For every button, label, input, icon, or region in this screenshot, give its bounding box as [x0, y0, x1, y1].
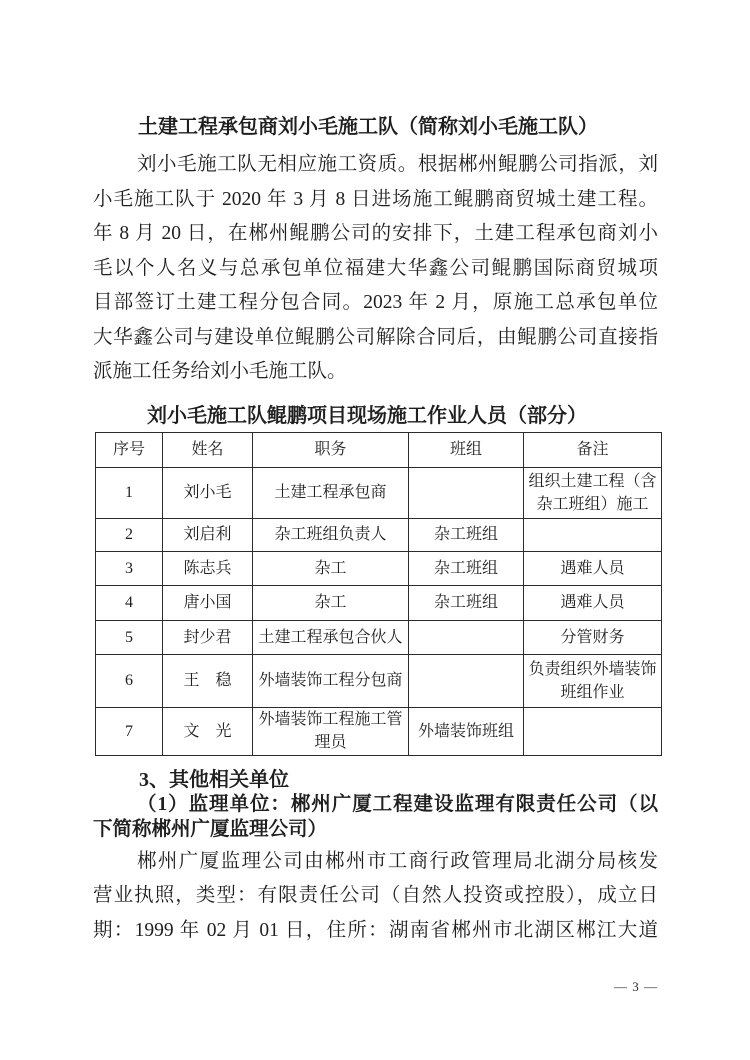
- document-content: 土建工程承包商刘小毛施工队（简称刘小毛施工队） 刘小毛施工队无相应施工资质。根据…: [93, 0, 658, 948]
- table-cell: 2: [96, 518, 163, 551]
- heading-line: 下简称郴州广厦监理公司）: [93, 817, 658, 842]
- paragraph-line: 毛以个人名义与总承包单位福建大华鑫公司鲲鹏国际商贸城项: [93, 252, 658, 287]
- table-cell: 外墙装饰工程分包商: [253, 654, 409, 707]
- table-cell: 杂工班组: [409, 518, 524, 551]
- table-cell: 刘启利: [163, 518, 253, 551]
- table-title: 刘小毛施工队鲲鹏项目现场施工作业人员（部分）: [147, 403, 658, 429]
- table-cell: 杂工: [253, 551, 409, 585]
- footer-page-number: — 3 —: [614, 980, 658, 994]
- table-cell: 遇难人员: [524, 585, 662, 620]
- heading-line: （1）监理单位：郴州广厦工程建设监理有限责任公司（以: [93, 792, 658, 817]
- subsection-heading: 3、其他相关单位: [93, 770, 658, 790]
- paragraph-line: 派施工任务给刘小毛施工队。: [93, 355, 658, 390]
- table-cell: 负责组织外墙装饰班组作业: [524, 654, 662, 707]
- paragraph-1: 刘小毛施工队无相应施工资质。根据郴州鲲鹏公司指派，刘 小毛施工队于 2020 年…: [93, 148, 658, 390]
- paragraph-line: 大华鑫公司与建设单位鲲鹏公司解除合同后，由鲲鹏公司直接指: [93, 321, 658, 356]
- table-cell: 封少君: [163, 620, 253, 654]
- table-cell: 刘小毛: [163, 467, 253, 518]
- table-cell: 组织土建工程（含杂工班组）施工: [524, 467, 662, 518]
- paragraph-line: 郴州广厦监理公司由郴州市工商行政管理局北湖分局核发: [93, 845, 658, 880]
- table-cell: [524, 707, 662, 755]
- paragraph-line: 营业执照，类型：有限责任公司（自然人投资或控股），成立日: [93, 879, 658, 914]
- supervisor-heading: （1）监理单位：郴州广厦工程建设监理有限责任公司（以 下简称郴州广厦监理公司）: [93, 792, 658, 842]
- table-cell: 王 稳: [163, 654, 253, 707]
- table-cell: [409, 654, 524, 707]
- table-cell: 唐小国: [163, 585, 253, 620]
- paragraph-line: 刘小毛施工队无相应施工资质。根据郴州鲲鹏公司指派，刘: [93, 148, 658, 183]
- table-row: 7 文 光 外墙装饰工程施工管理员 外墙装饰班组: [96, 707, 662, 755]
- table-row: 3 陈志兵 杂工 杂工班组 遇难人员: [96, 551, 662, 585]
- section-heading: 土建工程承包商刘小毛施工队（简称刘小毛施工队）: [93, 117, 658, 138]
- table-cell: 杂工班组: [409, 551, 524, 585]
- table-cell: [409, 467, 524, 518]
- personnel-table: 序号 姓名 职务 班组 备注 1 刘小毛 土建工程承包商 组织土建工程（含杂工班…: [95, 432, 662, 756]
- table-header-cell: 序号: [96, 432, 163, 467]
- table-cell: 1: [96, 467, 163, 518]
- table-cell: 陈志兵: [163, 551, 253, 585]
- table-cell: 杂工班组: [409, 585, 524, 620]
- table-cell: 杂工班组负责人: [253, 518, 409, 551]
- document-page: 土建工程承包商刘小毛施工队（简称刘小毛施工队） 刘小毛施工队无相应施工资质。根据…: [0, 0, 750, 1060]
- table-header-cell: 备注: [524, 432, 662, 467]
- table-cell: 7: [96, 707, 163, 755]
- table-cell: 5: [96, 620, 163, 654]
- table-cell: 文 光: [163, 707, 253, 755]
- table-cell: 4: [96, 585, 163, 620]
- paragraph-line: 年 8 月 20 日，在郴州鲲鹏公司的安排下，土建工程承包商刘小: [93, 217, 658, 252]
- table-header-cell: 姓名: [163, 432, 253, 467]
- table-cell: [524, 518, 662, 551]
- table-cell: 外墙装饰班组: [409, 707, 524, 755]
- table-cell: 杂工: [253, 585, 409, 620]
- table-cell: 土建工程承包合伙人: [253, 620, 409, 654]
- table-header-cell: 班组: [409, 432, 524, 467]
- table-cell: [409, 620, 524, 654]
- paragraph-line: 期：1999 年 02 月 01 日，住所：湖南省郴州市北湖区郴江大道: [93, 914, 658, 949]
- table-row: 4 唐小国 杂工 杂工班组 遇难人员: [96, 585, 662, 620]
- table-cell: 遇难人员: [524, 551, 662, 585]
- table-header-row: 序号 姓名 职务 班组 备注: [96, 432, 662, 467]
- table-cell: 6: [96, 654, 163, 707]
- table-cell: 外墙装饰工程施工管理员: [253, 707, 409, 755]
- table-row: 1 刘小毛 土建工程承包商 组织土建工程（含杂工班组）施工: [96, 467, 662, 518]
- paragraph-2: 郴州广厦监理公司由郴州市工商行政管理局北湖分局核发 营业执照，类型：有限责任公司…: [93, 845, 658, 949]
- table-row: 6 王 稳 外墙装饰工程分包商 负责组织外墙装饰班组作业: [96, 654, 662, 707]
- table-row: 5 封少君 土建工程承包合伙人 分管财务: [96, 620, 662, 654]
- table-row: 2 刘启利 杂工班组负责人 杂工班组: [96, 518, 662, 551]
- paragraph-line: 目部签订土建工程分包合同。2023 年 2 月，原施工总承包单位: [93, 286, 658, 321]
- table-cell: 土建工程承包商: [253, 467, 409, 518]
- paragraph-line: 小毛施工队于 2020 年 3 月 8 日进场施工鲲鹏商贸城土建工程。2020: [93, 183, 658, 218]
- table-cell: 3: [96, 551, 163, 585]
- table-cell: 分管财务: [524, 620, 662, 654]
- table-header-cell: 职务: [253, 432, 409, 467]
